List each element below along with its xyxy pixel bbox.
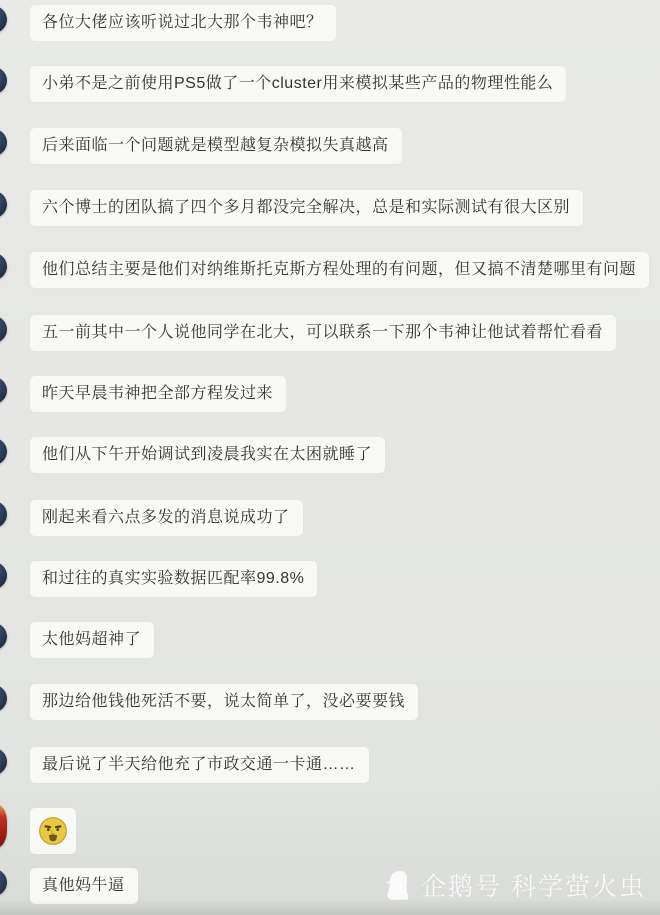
message-text: 最后说了半天给他充了市政交通一卡通…… [42, 756, 356, 773]
chat-message-list: 各位大佬应该听说过北大那个韦神吧？小弟不是之前使用PS5做了一个cluster用… [0, 0, 660, 915]
message-text: 各位大佬应该听说过北大那个韦神吧？ [42, 14, 323, 31]
avatar-red[interactable] [0, 804, 7, 848]
avatar[interactable] [0, 191, 7, 218]
message-bubble[interactable]: 和过往的真实实验数据匹配率99.8% [30, 561, 317, 597]
message-text: 太他妈超神了 [42, 631, 141, 648]
message-text: 真他妈牛逼 [42, 877, 125, 894]
avatar[interactable] [0, 253, 7, 280]
chat-message-row: 太他妈超神了 [0, 622, 660, 662]
message-text: 他们总结主要是他们对纳维斯托克斯方程处理的有问题，但又搞不清楚哪里有问题 [42, 261, 636, 278]
chat-message-row: 后来面临一个问题就是模型越复杂模拟失真越高 [0, 128, 660, 168]
message-bubble[interactable]: 各位大佬应该听说过北大那个韦神吧？ [30, 5, 336, 41]
avatar[interactable] [0, 6, 7, 33]
chat-message-row: 他们总结主要是他们对纳维斯托克斯方程处理的有问题，但又搞不清楚哪里有问题 [0, 252, 660, 292]
message-bubble[interactable]: 最后说了半天给他充了市政交通一卡通…… [30, 747, 369, 783]
chat-message-row: 昨天早晨韦神把全部方程发过来 [0, 376, 660, 416]
message-bubble[interactable]: 他们从下午开始调试到凌晨我实在太困就睡了 [30, 437, 385, 473]
message-bubble[interactable]: 他们总结主要是他们对纳维斯托克斯方程处理的有问题，但又搞不清楚哪里有问题 [30, 252, 649, 288]
chat-message-row: 刚起来看六点多发的消息说成功了 [0, 500, 660, 540]
chat-message-row: 他们从下午开始调试到凌晨我实在太困就睡了 [0, 437, 660, 477]
avatar[interactable] [0, 869, 7, 896]
message-text: 昨天早晨韦神把全部方程发过来 [42, 385, 273, 402]
message-bubble[interactable]: 太他妈超神了 [30, 622, 154, 658]
message-text: 那边给他钱他死活不要，说太简单了，没必要要钱 [42, 693, 405, 710]
avatar[interactable] [0, 316, 7, 343]
yellow-bearded-face-emoji [38, 833, 68, 850]
message-bubble[interactable]: 后来面临一个问题就是模型越复杂模拟失真越高 [30, 128, 402, 164]
chat-message-row: 和过往的真实实验数据匹配率99.8% [0, 561, 660, 601]
message-text: 刚起来看六点多发的消息说成功了 [42, 509, 290, 526]
message-bubble[interactable]: 刚起来看六点多发的消息说成功了 [30, 500, 303, 536]
avatar[interactable] [0, 685, 7, 712]
message-text: 后来面临一个问题就是模型越复杂模拟失真越高 [42, 137, 389, 154]
avatar[interactable] [0, 562, 7, 589]
message-text: 小弟不是之前使用PS5做了一个cluster用来模拟某些产品的物理性能么 [42, 75, 553, 92]
chat-message-row [0, 808, 660, 848]
chat-message-row: 各位大佬应该听说过北大那个韦神吧？ [0, 5, 660, 45]
message-text: 五一前其中一个人说他同学在北大，可以联系一下那个韦神让他试着帮忙看看 [42, 324, 603, 341]
avatar[interactable] [0, 501, 7, 528]
chat-message-row: 五一前其中一个人说他同学在北大，可以联系一下那个韦神让他试着帮忙看看 [0, 315, 660, 355]
chat-message-row: 那边给他钱他死活不要，说太简单了，没必要要钱 [0, 684, 660, 724]
avatar[interactable] [0, 377, 7, 404]
message-bubble[interactable]: 五一前其中一个人说他同学在北大，可以联系一下那个韦神让他试着帮忙看看 [30, 315, 616, 351]
avatar[interactable] [0, 438, 7, 465]
chat-message-row: 真他妈牛逼 [0, 868, 660, 908]
avatar[interactable] [0, 623, 7, 650]
avatar[interactable] [0, 129, 7, 156]
message-text: 六个博士的团队搞了四个多月都没完全解决，总是和实际测试有很大区别 [42, 199, 570, 216]
message-bubble[interactable]: 那边给他钱他死活不要，说太简单了，没必要要钱 [30, 684, 418, 720]
message-bubble[interactable]: 昨天早晨韦神把全部方程发过来 [30, 376, 286, 412]
emoji-message-bubble[interactable] [30, 808, 76, 854]
message-text: 和过往的真实实验数据匹配率99.8% [42, 570, 304, 587]
message-text: 他们从下午开始调试到凌晨我实在太困就睡了 [42, 446, 372, 463]
message-bubble[interactable]: 六个博士的团队搞了四个多月都没完全解决，总是和实际测试有很大区别 [30, 190, 583, 226]
chat-message-row: 小弟不是之前使用PS5做了一个cluster用来模拟某些产品的物理性能么 [0, 66, 660, 106]
avatar[interactable] [0, 748, 7, 775]
avatar[interactable] [0, 67, 7, 94]
chat-message-row: 六个博士的团队搞了四个多月都没完全解决，总是和实际测试有很大区别 [0, 190, 660, 230]
chat-message-row: 最后说了半天给他充了市政交通一卡通…… [0, 747, 660, 787]
message-bubble[interactable]: 真他妈牛逼 [30, 868, 138, 904]
message-bubble[interactable]: 小弟不是之前使用PS5做了一个cluster用来模拟某些产品的物理性能么 [30, 66, 566, 102]
